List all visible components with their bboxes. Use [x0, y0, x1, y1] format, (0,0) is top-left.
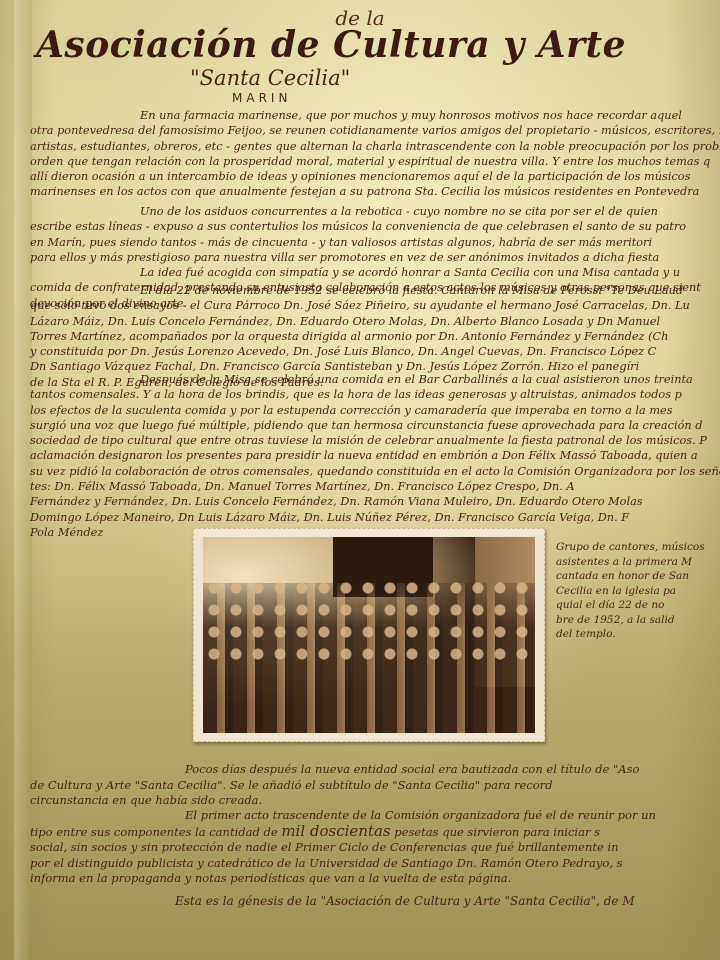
text-line: en Marín, pues siendo tantos - más de ci… [30, 235, 720, 250]
text-line: marinenses en los actos con que anualmen… [30, 184, 720, 199]
text-line: los efectos de la suculenta comida y por… [30, 403, 720, 418]
text-line: y constituida por Dn. Jesús Lorenzo Acev… [30, 344, 720, 359]
document-title: Asociación de Cultura y Arte [36, 24, 656, 66]
text-line: En una farmacia marinense, que por mucho… [30, 108, 720, 123]
text-line: La idea fué acogida con simpatía y se ac… [30, 265, 720, 280]
text-line: Torres Martínez, acompañados por la orqu… [30, 329, 720, 344]
text-line: social, sin socios y sin protección de n… [30, 840, 720, 856]
document-place: MARIN [232, 91, 291, 105]
text-line: Uno de los asiduos concurrentes a la reb… [30, 204, 720, 219]
caption-line: quial el día 22 de no [556, 598, 720, 613]
text-line: Fernández y Fernández, Dn. Luis Concelo … [30, 494, 720, 509]
text-line: otra pontevedresa del famosísimo Feijoo,… [30, 123, 720, 138]
caption-line: Cecilia en la iglesia pa [556, 584, 720, 599]
text-line: artistas, estudiantes, obreros, etc - ge… [30, 139, 720, 154]
paragraph-4: Después de la Misa se celebró una comida… [30, 372, 720, 540]
text-line: Después de la Misa se celebró una comida… [30, 372, 720, 387]
caption-line: cantada en honor de San [556, 569, 720, 584]
photo-faces [203, 577, 535, 667]
photo-frame [193, 528, 545, 742]
text-line: informa en la propaganda y notas periodí… [30, 871, 720, 887]
text-line: El día 22 de noviembre de 1952 se celebr… [30, 283, 720, 298]
text-line: para ellos y más prestigioso para nuestr… [30, 250, 720, 265]
caption-line: asistentes a la primera M [556, 555, 720, 570]
caption-line: bre de 1952, a la salid [556, 613, 720, 628]
text-fragment: pesetas que sirvieron para iniciar s [394, 825, 600, 839]
photo-caption: Grupo de cantores, músicos asistentes a … [556, 540, 720, 642]
text-line: sociedad de tipo cultural que entre otra… [30, 433, 720, 448]
caption-line: del templo. [556, 627, 720, 642]
text-line: escribe estas líneas - expuso a sus cont… [30, 219, 720, 234]
text-line: orden que tengan relación con la prosper… [30, 154, 720, 169]
text-line: circunstancia en que había sido creada. [30, 793, 720, 809]
text-line: de Cultura y Arte "Santa Cecilia". Se le… [30, 778, 720, 794]
closing-paragraph-3: Esta es la génesis de la "Asociación de … [30, 894, 720, 909]
text-line: Domingo López Maneiro, Dn Luis Lázaro Má… [30, 510, 720, 525]
closing-paragraph-1: Pocos días después la nueva entidad soci… [30, 762, 720, 809]
text-line: Pocos días después la nueva entidad soci… [30, 762, 720, 778]
document-subtitle: "Santa Cecilia" [190, 66, 350, 90]
text-line: Esta es la génesis de la "Asociación de … [30, 894, 720, 909]
caption-line: Grupo de cantores, músicos [556, 540, 720, 555]
text-line: tes: Dn. Félix Massó Taboada, Dn. Manuel… [30, 479, 720, 494]
text-fragment: tipo entre sus componentes la cantidad d… [30, 825, 278, 839]
closing-paragraph-2: El primer acto trascendente de la Comisi… [30, 808, 720, 887]
text-line: surgió una voz que luego fué múltiple, p… [30, 418, 720, 433]
paragraph-1: En una farmacia marinense, que por mucho… [30, 108, 720, 200]
album-page: de la Asociación de Cultura y Arte "Sant… [0, 0, 720, 960]
text-line: aclamación designaron los presentes para… [30, 448, 720, 463]
text-line-amount: tipo entre sus componentes la cantidad d… [30, 824, 720, 841]
text-line: allí dieron ocasión a un intercambio de … [30, 169, 720, 184]
text-line: Lázaro Máiz, Dn. Luis Concelo Fernández,… [30, 314, 720, 329]
text-line: tantos comensales. Y a la hora de los br… [30, 387, 720, 402]
text-line: su vez pidió la colaboración de otros co… [30, 464, 720, 479]
text-line: que solo tuvo dos ensayos - el Cura Párr… [30, 298, 720, 313]
text-line: por el distinguido publicista y catedrát… [30, 856, 720, 872]
amount-text: mil doscientas [281, 822, 390, 840]
group-photo [203, 537, 535, 733]
